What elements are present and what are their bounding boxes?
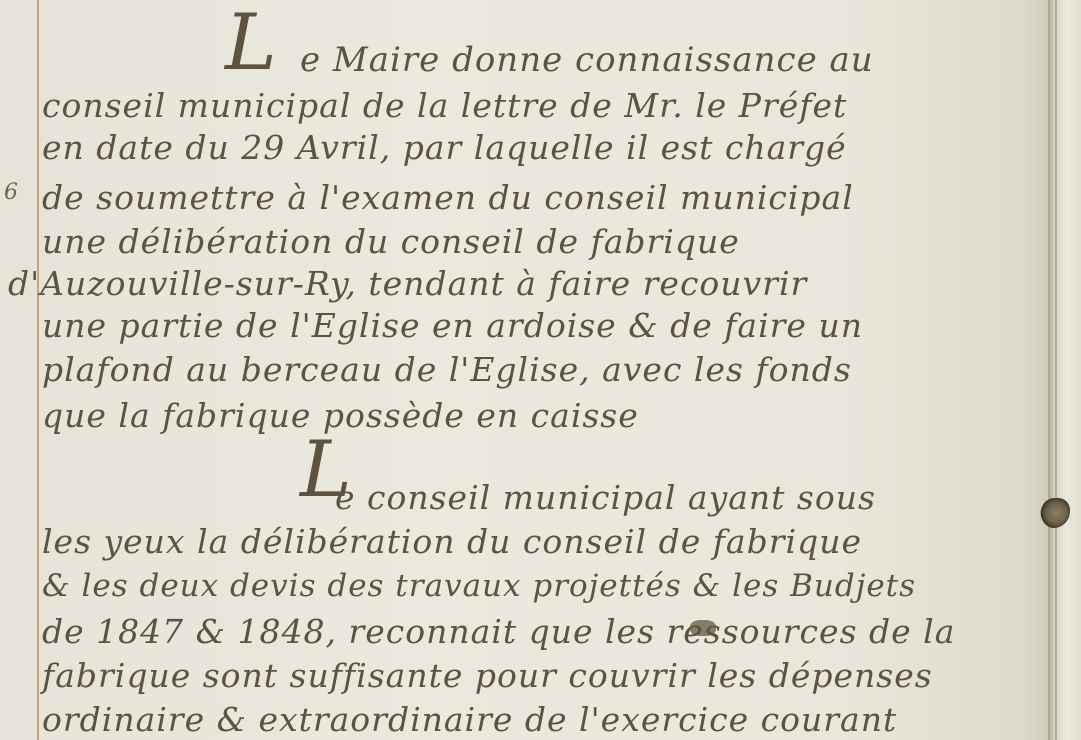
drop-initial-1: L bbox=[225, 0, 277, 88]
text-line: e conseil municipal ayant sous bbox=[335, 478, 876, 517]
text-line: ordinaire & extraordinaire de l'exercice… bbox=[42, 700, 897, 739]
text-line: en date du 29 Avril, par laquelle il est… bbox=[42, 128, 847, 167]
text-line: une partie de l'Eglise en ardoise & de f… bbox=[42, 306, 863, 345]
text-line: e Maire donne connaissance au bbox=[300, 40, 874, 80]
text-line: de soumettre à l'examen du conseil munic… bbox=[42, 178, 854, 217]
text-line: conseil municipal de la lettre de Mr. le… bbox=[42, 86, 847, 125]
text-line: plafond au berceau de l'Eglise, avec les… bbox=[42, 350, 852, 389]
page-binding bbox=[1048, 0, 1081, 740]
binding-fold bbox=[1055, 0, 1057, 740]
margin-rule bbox=[37, 0, 39, 740]
text-line: d'Auzouville-sur-Ry, tendant à faire rec… bbox=[8, 264, 807, 303]
text-line: les yeux la délibération du conseil de f… bbox=[42, 522, 862, 561]
margin-note: 6 bbox=[4, 180, 18, 205]
text-line: & les deux devis des travaux projettés &… bbox=[42, 568, 916, 604]
text-line: fabrique sont suffisante pour couvrir le… bbox=[42, 656, 933, 695]
text-line: de 1847 & 1848, reconnait que les ressou… bbox=[42, 612, 955, 651]
text-line: une délibération du conseil de fabrique bbox=[42, 222, 740, 261]
